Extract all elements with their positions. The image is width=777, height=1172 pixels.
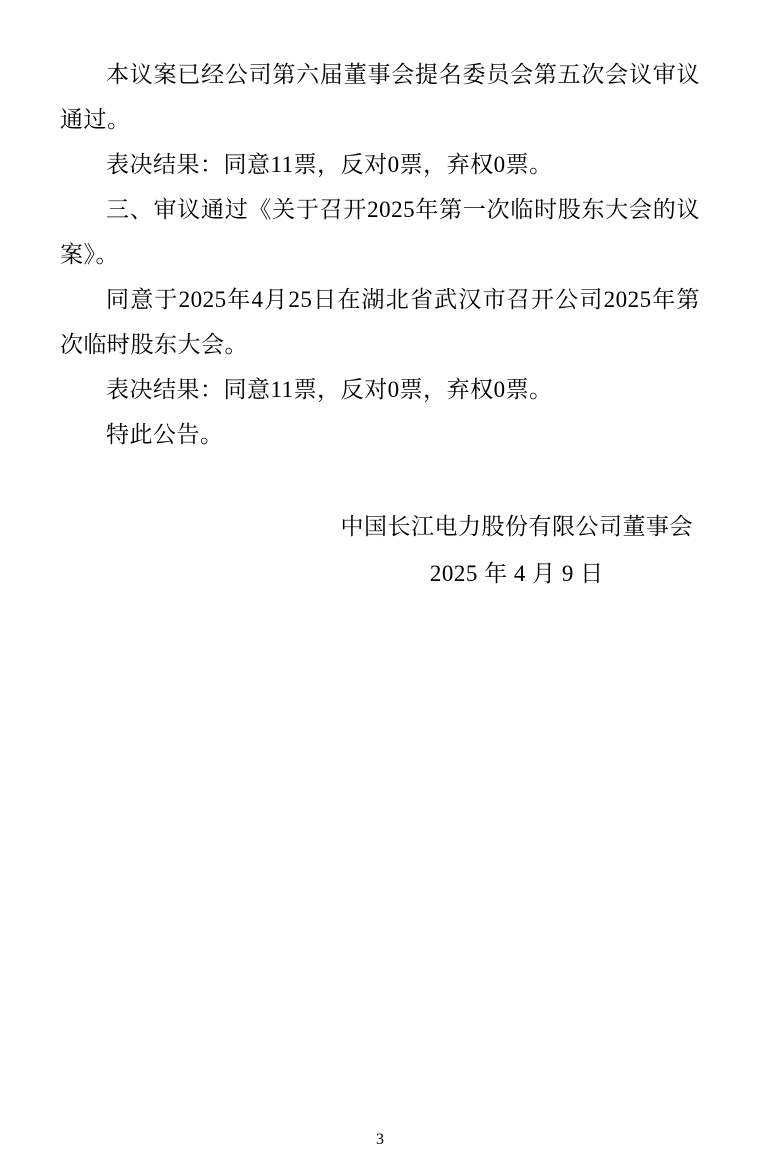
paragraph-line: 通过。 xyxy=(60,97,700,142)
paragraph-line: 本议案已经公司第六届董事会提名委员会第五次会议审议 xyxy=(60,52,700,97)
signature-date: 2025 年 4 月 9 日 xyxy=(341,550,694,597)
signature-company: 中国长江电力股份有限公司董事会 xyxy=(341,503,694,550)
paragraph-line: 三、审议通过《关于召开2025年第一次临时股东大会的议 xyxy=(60,187,700,232)
paragraph-line: 同意于2025年4月25日在湖北省武汉市召开公司2025年第一 xyxy=(60,277,700,322)
paragraph-line: 案》。 xyxy=(60,232,700,277)
paragraph-line: 表决结果：同意11票，反对0票，弃权0票。 xyxy=(60,142,700,187)
page-number: 3 xyxy=(60,1130,700,1150)
signature-block: 中国长江电力股份有限公司董事会 2025 年 4 月 9 日 xyxy=(341,503,694,597)
paragraph-line: 特此公告。 xyxy=(60,412,700,457)
document-page: 本议案已经公司第六届董事会提名委员会第五次会议审议 通过。 表决结果：同意11票… xyxy=(0,0,777,1172)
paragraph-line: 次临时股东大会。 xyxy=(60,322,700,367)
paragraph-line: 表决结果：同意11票，反对0票，弃权0票。 xyxy=(60,367,700,412)
document-body: 本议案已经公司第六届董事会提名委员会第五次会议审议 通过。 表决结果：同意11票… xyxy=(60,52,700,457)
